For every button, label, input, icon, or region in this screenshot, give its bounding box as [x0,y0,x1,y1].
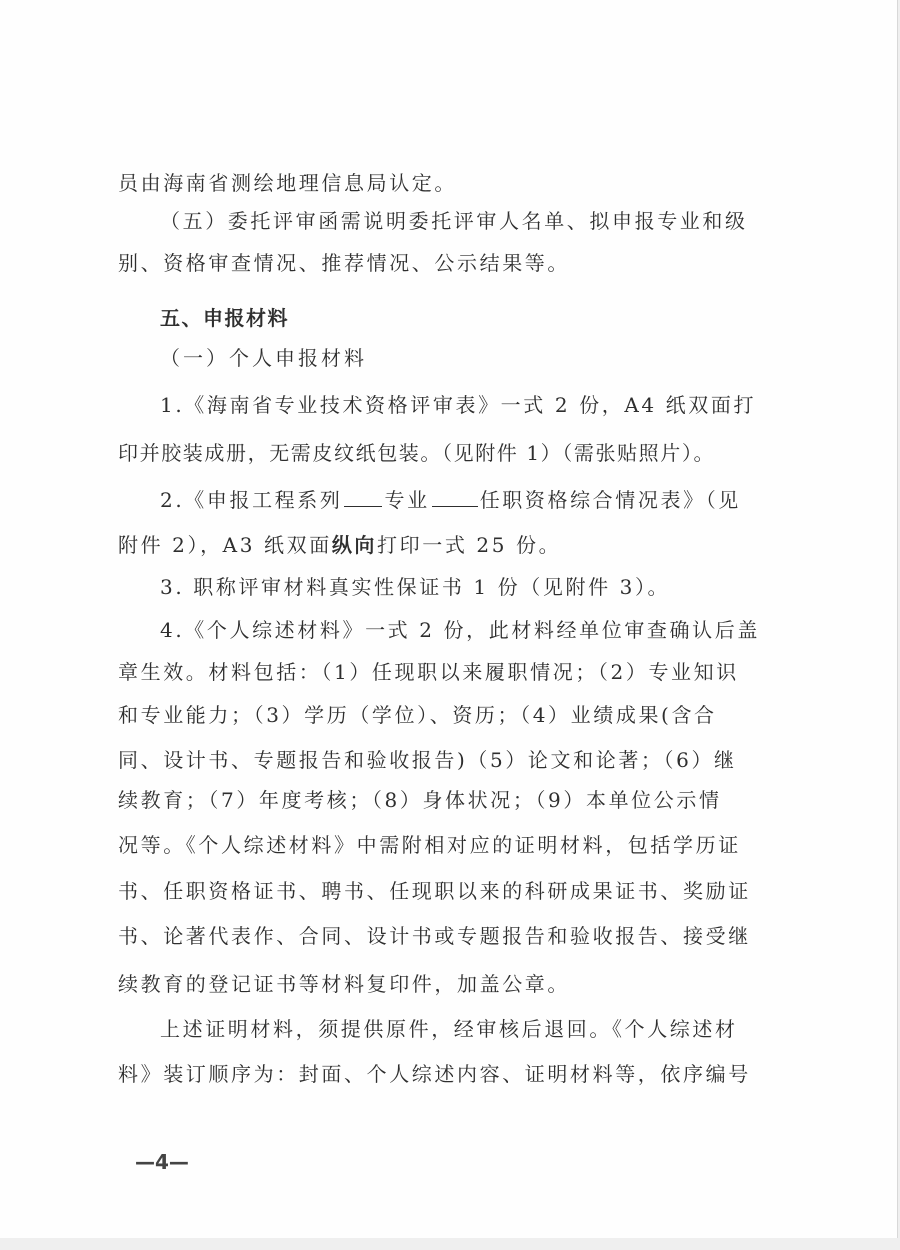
paragraph-line: 附件 2），A3 纸双面纵向打印一式 25 份。 [118,532,786,558]
paragraph-line-item2: 2.《申报工程系列专业任职资格综合情况表》（见 [160,487,786,513]
paragraph-line: 上述证明材料，须提供原件，经审核后退回。《个人综述材 [160,1016,786,1042]
document-page: 员由海南省测绘地理信息局认定。 （五）委托评审函需说明委托评审人名单、拟申报专业… [0,0,898,1238]
item2-prefix: 2.《申报工程系列 [160,488,342,512]
item2-line2-rest: 打印一式 25 份。 [377,533,561,557]
section-heading: 五、申报材料 [160,305,786,331]
paragraph-line: 1.《海南省专业技术资格评审表》一式 2 份，A4 纸双面打 [160,392,786,418]
paragraph-line: 印并胶装成册，无需皮纹纸包装。（见附件 1）（需张贴照片）。 [118,440,786,466]
page-number: —4— [135,1150,189,1174]
paragraph-line: （五）委托评审函需说明委托评审人名单、拟申报专业和级 [160,208,786,234]
paragraph-line: 4.《个人综述材料》一式 2 份，此材料经单位审查确认后盖 [160,617,786,643]
paragraph-line: 况等。《个人综述材料》中需附相对应的证明材料，包括学历证 [118,832,786,858]
paragraph-line: 续教育的登记证书等材料复印件，加盖公章。 [118,971,786,997]
paragraph-line: 同、设计书、专题报告和验收报告)（5）论文和论著；（6）继 [118,747,786,773]
item2-mid: 专业 [384,488,429,512]
item2-tail: （见 [706,488,741,512]
paragraph-line: 章生效。材料包括：（1）任现职以来履职情况；（2）专业知识 [118,659,786,685]
paragraph-line: 书、论著代表作、合同、设计书或专题报告和验收报告、接受继 [118,923,786,949]
paragraph-line: 和专业能力；（3）学历（学位）、资历；（4）业绩成果(含合 [118,702,786,728]
item2-line2-start: 附件 2），A3 纸双面 [118,533,332,557]
paragraph-line: 续教育；（7）年度考核；（8）身体状况；（9）本单位公示情 [118,787,786,813]
paragraph-line: 别、资格审查情况、推荐情况、公示结果等。 [118,250,786,276]
item2-suffix: 任职资格综合情况表》 [480,488,706,512]
paragraph-line: 料》装订顺序为：封面、个人综述内容、证明材料等，依序编号 [118,1061,786,1087]
subsection-heading: （一）个人申报材料 [160,345,786,371]
bold-text: 纵向 [332,533,377,557]
paragraph-line: 书、任职资格证书、聘书、任现职以来的科研成果证书、奖励证 [118,878,786,904]
paragraph-line: 员由海南省测绘地理信息局认定。 [118,170,786,196]
blank-underline [432,488,478,507]
paragraph-line: 3. 职称评审材料真实性保证书 1 份（见附件 3）。 [160,574,786,600]
blank-underline [344,488,382,507]
